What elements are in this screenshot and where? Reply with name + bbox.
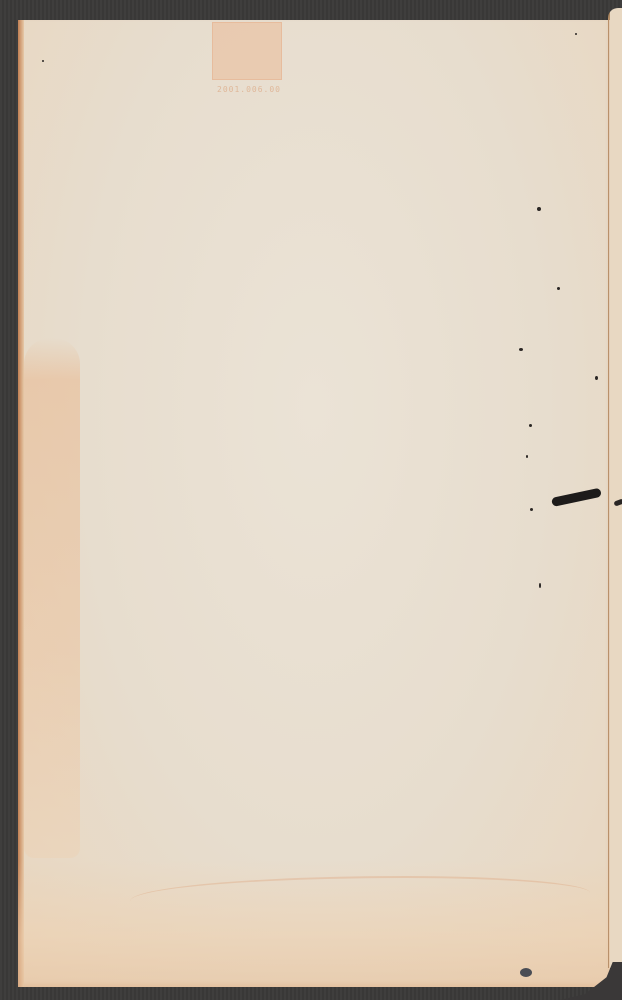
ink-blot xyxy=(520,968,532,977)
book-page xyxy=(18,20,610,987)
seal-char xyxy=(248,52,277,75)
ink-speck xyxy=(575,33,577,35)
seal-char xyxy=(248,27,277,50)
page-gutter-line xyxy=(608,18,609,968)
library-seal-stamp xyxy=(212,22,282,80)
adjacent-page-edge xyxy=(608,8,622,968)
ink-speck xyxy=(557,287,560,290)
seal-char xyxy=(217,27,246,50)
seal-char xyxy=(217,52,246,75)
water-stain-left xyxy=(24,338,80,858)
ink-speck xyxy=(519,348,523,351)
ink-speck xyxy=(595,376,598,380)
seal-catalog-number: 2001.006.00 xyxy=(209,85,289,94)
ink-speck xyxy=(526,455,528,458)
ink-speck xyxy=(42,60,44,62)
ink-speck xyxy=(529,424,532,427)
ink-speck xyxy=(537,207,541,211)
ink-speck xyxy=(530,508,533,511)
ink-speck xyxy=(539,583,541,588)
